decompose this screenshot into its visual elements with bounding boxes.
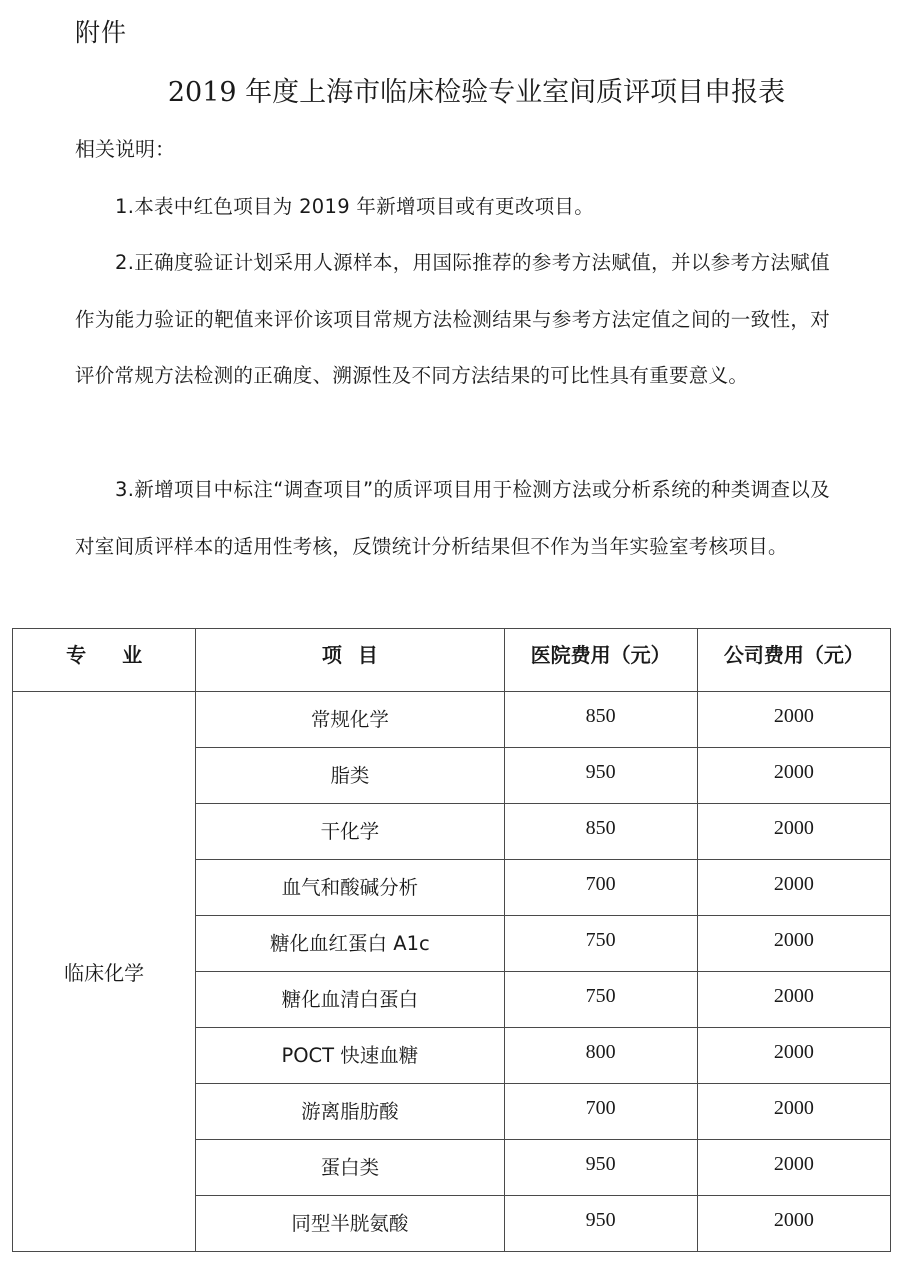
attachment-label: 附件 [75, 16, 127, 50]
item-cell: 常规化学 [196, 692, 504, 748]
company-fee-cell: 2000 [697, 1028, 890, 1084]
company-fee-cell: 2000 [697, 972, 890, 1028]
company-fee-cell: 2000 [697, 748, 890, 804]
hospital-fee-cell: 750 [504, 916, 697, 972]
company-fee-cell: 2000 [697, 692, 890, 748]
company-fee-cell: 2000 [697, 916, 890, 972]
company-fee-cell: 2000 [697, 1196, 890, 1252]
company-fee-cell: 2000 [697, 804, 890, 860]
header-hospital-fee: 医院费用（元） [504, 629, 697, 692]
company-fee-cell: 2000 [697, 860, 890, 916]
item-cell: 同型半胱氨酸 [196, 1196, 504, 1252]
table-row: 临床化学 常规化学 850 2000 [13, 692, 891, 748]
hospital-fee-cell: 850 [504, 692, 697, 748]
hospital-fee-cell: 700 [504, 860, 697, 916]
notes-label: 相关说明： [75, 134, 175, 164]
hospital-fee-cell: 950 [504, 748, 697, 804]
hospital-fee-cell: 850 [504, 804, 697, 860]
item-cell: POCT 快速血糖 [196, 1028, 504, 1084]
specialty-cell: 临床化学 [13, 692, 196, 1252]
note-2: 2.正确度验证计划采用人源样本，用国际推荐的参考方法赋值，并以参考方法赋值作为能… [75, 235, 830, 405]
hospital-fee-cell: 800 [504, 1028, 697, 1084]
header-specialty: 专业 [13, 629, 196, 692]
note-1: 1.本表中红色项目为 2019 年新增项目或有更改项目。 [75, 179, 830, 236]
item-cell: 糖化血红蛋白 A1c [196, 916, 504, 972]
document-title: 2019 年度上海市临床检验专业室间质评项目申报表 [0, 74, 913, 112]
item-cell: 游离脂肪酸 [196, 1084, 504, 1140]
note-3: 3.新增项目中标注“调查项目”的质评项目用于检测方法或分析系统的种类调查以及对室… [75, 462, 830, 575]
header-company-fee: 公司费用（元） [697, 629, 890, 692]
item-cell: 蛋白类 [196, 1140, 504, 1196]
company-fee-cell: 2000 [697, 1084, 890, 1140]
header-item: 项目 [196, 629, 504, 692]
item-cell: 血气和酸碱分析 [196, 860, 504, 916]
hospital-fee-cell: 700 [504, 1084, 697, 1140]
hospital-fee-cell: 950 [504, 1140, 697, 1196]
hospital-fee-cell: 750 [504, 972, 697, 1028]
fee-table: 专业 项目 医院费用（元） 公司费用（元） 临床化学 常规化学 850 2000… [12, 628, 891, 1252]
item-cell: 干化学 [196, 804, 504, 860]
hospital-fee-cell: 950 [504, 1196, 697, 1252]
company-fee-cell: 2000 [697, 1140, 890, 1196]
item-cell: 脂类 [196, 748, 504, 804]
item-cell: 糖化血清白蛋白 [196, 972, 504, 1028]
table-header-row: 专业 项目 医院费用（元） 公司费用（元） [13, 629, 891, 692]
